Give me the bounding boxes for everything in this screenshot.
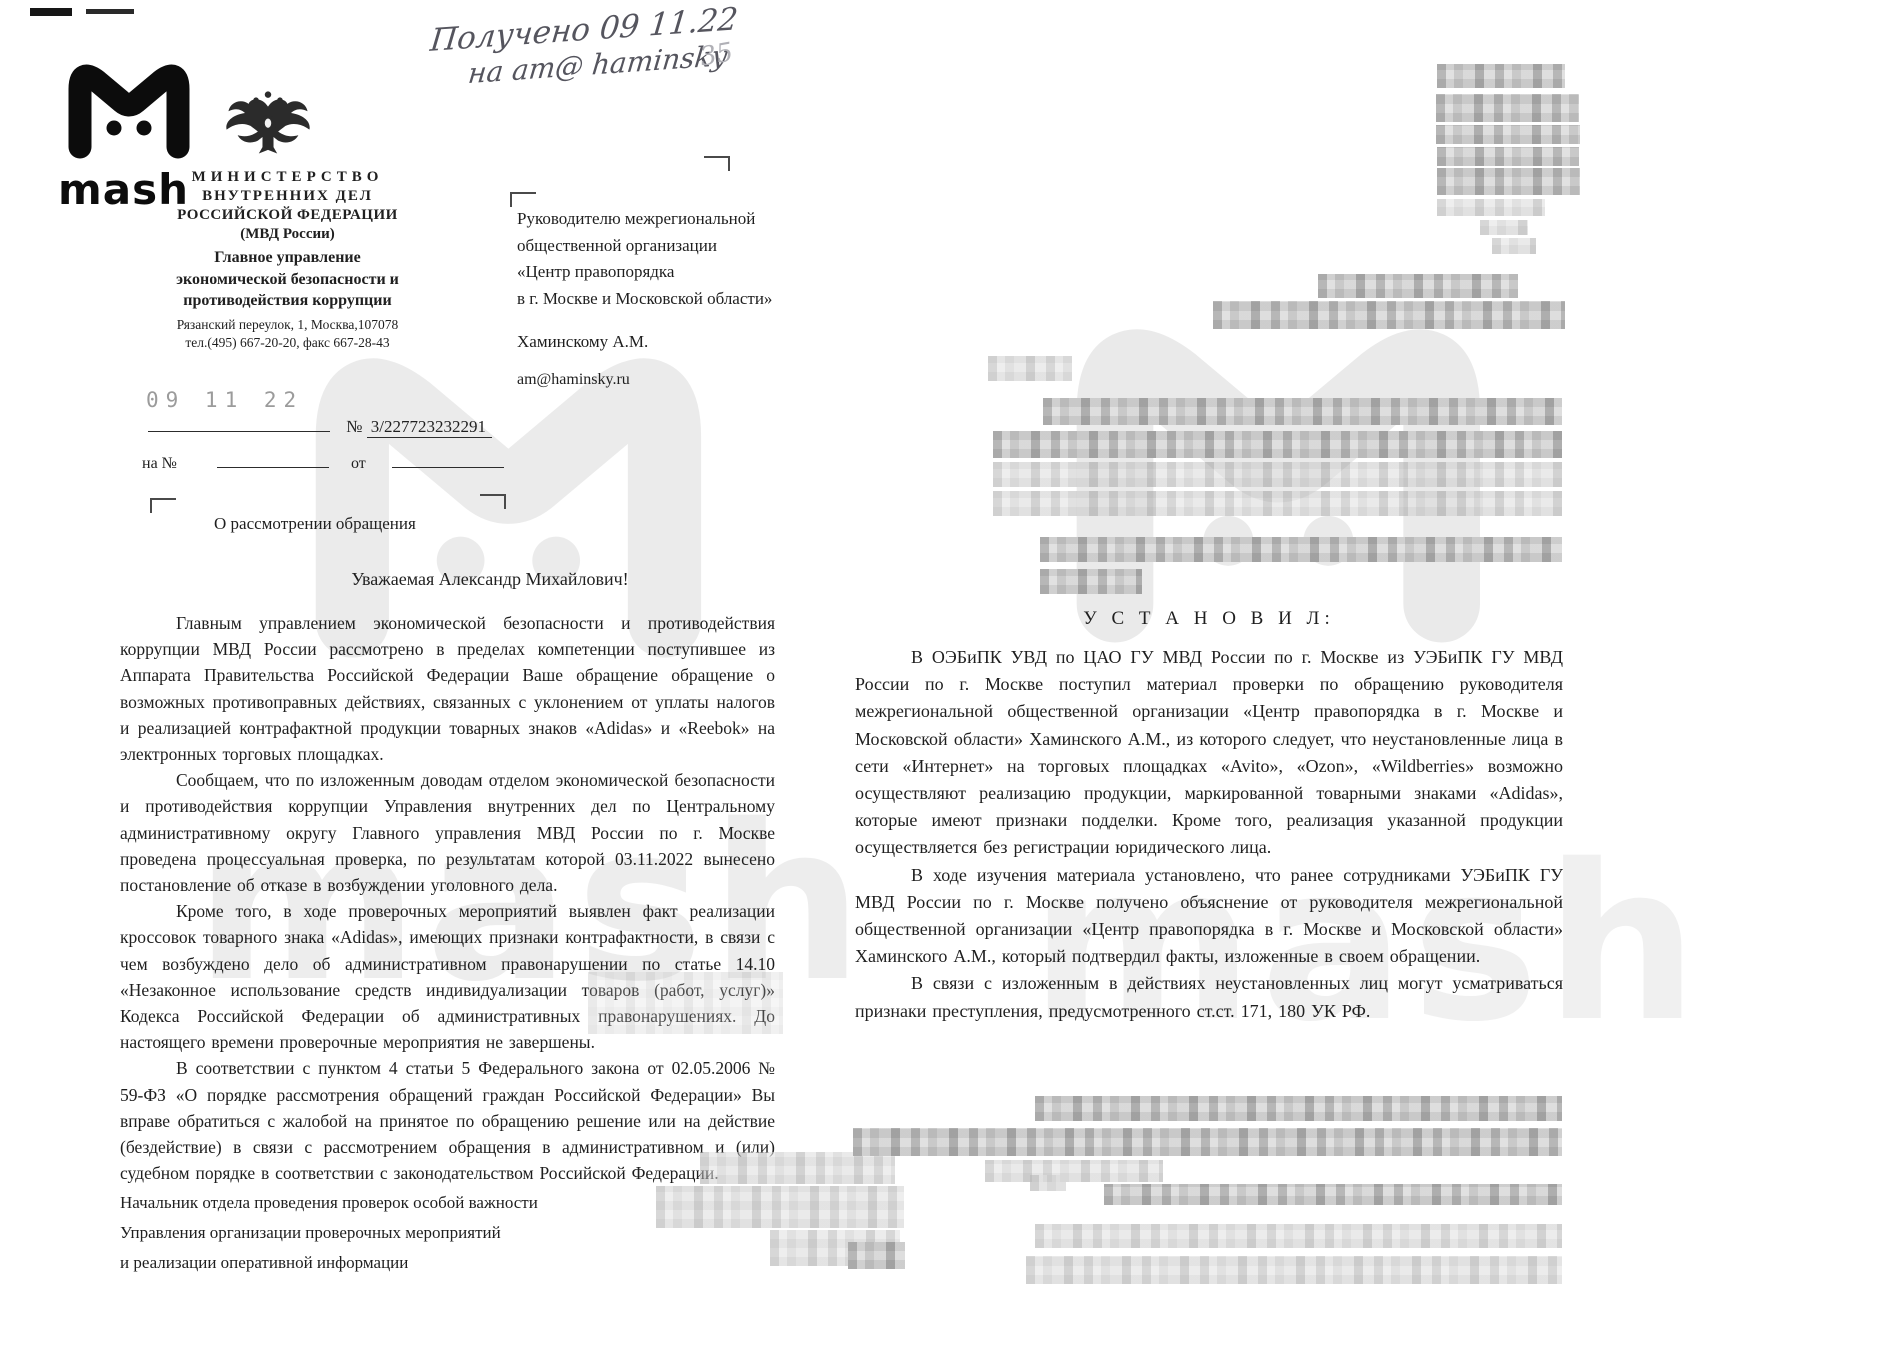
corner-mark <box>510 192 536 207</box>
address-line: Рязанский переулок, 1, Москва,107078 <box>140 316 435 334</box>
blank-ref-line <box>217 452 329 468</box>
signature-block: Начальник отдела проведения проверок осо… <box>120 1188 690 1278</box>
signature-line: и реализации оперативной информации <box>120 1248 690 1278</box>
recipient-line: «Центр правопорядка <box>517 259 785 286</box>
redacted-block <box>1040 537 1562 562</box>
department-line: экономической безопасности и <box>140 269 435 291</box>
redacted-block <box>588 972 783 1034</box>
mash-wordmark: mash <box>58 165 197 214</box>
signature-line: Начальник отдела проведения проверок осо… <box>120 1188 690 1218</box>
corner-mark <box>480 494 506 509</box>
recipient-line: в г. Москве и Московской области» <box>517 286 785 313</box>
mash-cat-icon <box>62 54 197 164</box>
mash-logo: mash <box>62 54 197 214</box>
department-line: Главное управление <box>140 247 435 269</box>
redacted-block <box>993 462 1562 487</box>
redacted-block <box>1040 569 1142 594</box>
paragraph: В ОЭБиПК УВД по ЦАО ГУ МВД России по г. … <box>855 644 1563 862</box>
document-number-line: № 3/227723232291 <box>148 416 492 437</box>
reference-line: на № от <box>142 452 504 473</box>
recipient-email: am@haminsky.ru <box>517 367 785 394</box>
redacted-block <box>1030 1175 1066 1191</box>
subject-line: О рассмотрении обращения <box>214 514 416 534</box>
ministry-line: (МВД России) <box>140 225 435 244</box>
paragraph: В ходе изучения материала установлено, ч… <box>855 862 1563 971</box>
redacted-block <box>1437 147 1579 166</box>
redacted-block <box>1437 199 1545 216</box>
paragraph: Сообщаем, что по изложенным доводам отде… <box>120 767 775 898</box>
salutation: Уважаемая Александр Михайлович! <box>280 569 700 590</box>
redacted-block <box>1104 1184 1562 1205</box>
recipient-name: Хаминскому А.М. <box>517 329 785 356</box>
corner-mark <box>704 156 730 171</box>
redacted-block <box>1035 1096 1562 1121</box>
document-number: 3/227723232291 <box>367 417 492 438</box>
scanned-documents-page: mash mash mash Получено 09 11.22 на am@ … <box>0 0 1900 1345</box>
redacted-block <box>1436 94 1579 122</box>
paragraph: В соответствии с пунктом 4 статьи 5 Феде… <box>120 1055 775 1186</box>
address-line: тел.(495) 667-20-20, факс 667-28-43 <box>140 334 435 352</box>
department-line: противодействия коррупции <box>140 290 435 312</box>
blank-ref-date-line <box>392 452 504 468</box>
blank-date-line <box>148 416 330 432</box>
scan-artifact <box>30 8 72 16</box>
redacted-block <box>993 431 1562 458</box>
redacted-block <box>985 1160 1163 1182</box>
scan-artifact <box>86 9 134 14</box>
redacted-block <box>993 491 1562 516</box>
redacted-block <box>1026 1256 1562 1284</box>
redacted-block <box>700 1152 895 1184</box>
number-label: № <box>346 417 362 436</box>
redacted-block <box>1318 274 1518 298</box>
letter-body: Главным управлением экономической безопа… <box>120 610 775 1186</box>
recipient-line: Руководителю межрегиональной <box>517 206 785 233</box>
redacted-block <box>1436 125 1580 144</box>
ref-ot-label: от <box>351 455 366 472</box>
corner-mark <box>150 498 176 513</box>
resolution-body: В ОЭБиПК УВД по ЦАО ГУ МВД России по г. … <box>855 644 1563 1025</box>
redacted-block <box>1043 398 1562 425</box>
redacted-block <box>1480 220 1528 235</box>
redacted-block <box>1035 1224 1562 1248</box>
redacted-block <box>848 1242 905 1269</box>
redacted-block <box>1437 64 1565 88</box>
handwritten-page-number: 35 <box>698 37 736 72</box>
redacted-block <box>853 1128 1562 1156</box>
signature-line: Управления организации проверочных мероп… <box>120 1218 690 1248</box>
redacted-block <box>1213 301 1565 329</box>
resolution-heading: У С Т А Н О В И Л: <box>855 608 1563 630</box>
recipient-block: Руководителю межрегиональной общественно… <box>517 206 785 393</box>
recipient-line: общественной организации <box>517 233 785 260</box>
ref-na-label: на № <box>142 455 177 472</box>
redacted-block <box>988 356 1072 381</box>
date-stamp: 09 11 22 <box>146 388 303 412</box>
redacted-block <box>1437 168 1580 195</box>
paragraph: Главным управлением экономической безопа… <box>120 610 775 767</box>
mvd-emblem-icon <box>222 86 314 169</box>
paragraph: В связи с изложенным в действиях неустан… <box>855 970 1563 1024</box>
redacted-block <box>656 1186 904 1228</box>
department-name-block: Главное управление экономической безопас… <box>140 247 435 312</box>
sender-address-block: Рязанский переулок, 1, Москва,107078 тел… <box>140 316 435 352</box>
redacted-block <box>1492 238 1536 254</box>
